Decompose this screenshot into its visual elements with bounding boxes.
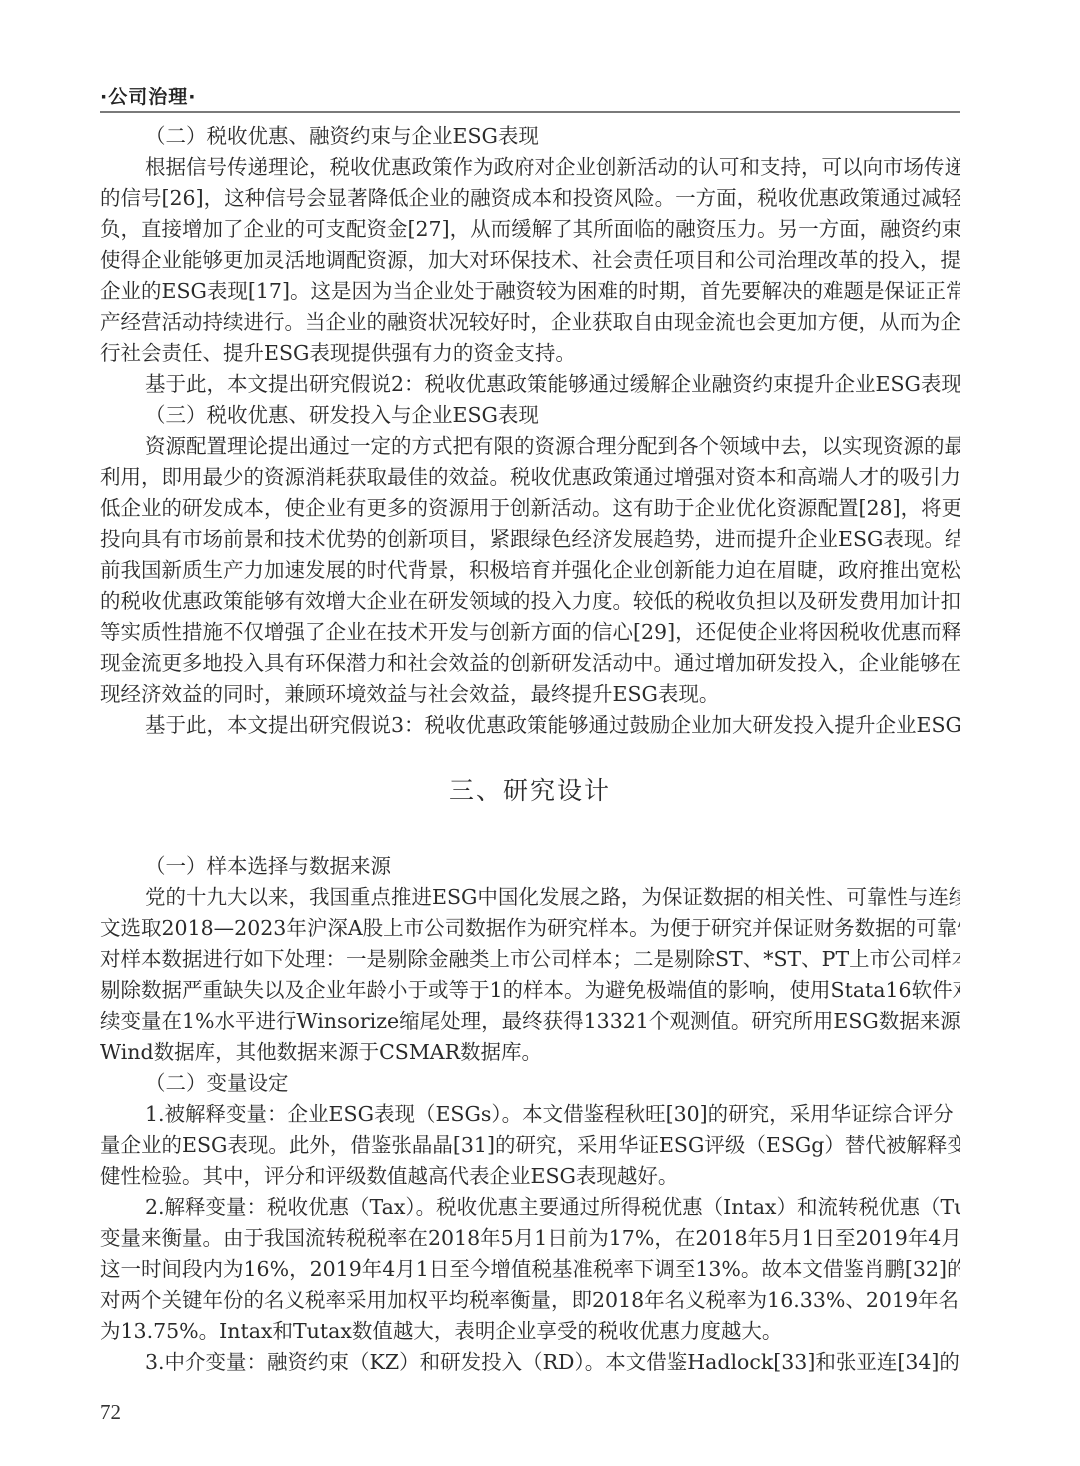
- text-line: 前我国新质生产力加速发展的时代背景，积极培育并强化企业创新能力迫在眉睫，政府推出…: [100, 555, 960, 586]
- text-line: 产经营活动持续进行。当企业的融资状况较好时，企业获取自由现金流也会更加方便，从而…: [100, 307, 960, 338]
- text-line: 变量来衡量。由于我国流转税税率在2018年5月1日前为17%，在2018年5月1…: [100, 1223, 960, 1254]
- paragraph-dependent-variable: 1.被解释变量：企业ESG表现（ESGs）。本文借鉴程秋旺[30]的研究，采用华…: [100, 1099, 960, 1192]
- header-rule: [100, 111, 960, 113]
- text-line: 企业的ESG表现[17]。这是因为当企业处于融资较为困难的时期，首先要解决的难题…: [100, 276, 960, 307]
- text-line: 低企业的研发成本，使企业有更多的资源用于创新活动。这有助于企业优化资源配置[28…: [100, 493, 960, 524]
- paragraph-sample-selection: 党的十九大以来，我国重点推进ESG中国化发展之路，为保证数据的相关性、可靠性与连…: [100, 882, 960, 1068]
- text-line: 这一时间段内为16%，2019年4月1日至今增值税基准税率下调至13%。故本文借…: [100, 1254, 960, 1285]
- subsection-heading-sample: （一）样本选择与数据来源: [100, 851, 960, 882]
- page-body: ·公司治理· （二）税收优惠、融资约束与企业ESG表现 根据信号传递理论，税收优…: [100, 84, 960, 1378]
- text-line: 量企业的ESG表现。此外，借鉴张晶晶[31]的研究，采用华证ESG评级（ESGg…: [100, 1130, 960, 1161]
- text-line: 现金流更多地投入具有环保潜力和社会效益的创新研发活动中。通过增加研发投入，企业能…: [100, 648, 960, 679]
- hypothesis-3: 基于此，本文提出研究假说3：税收优惠政策能够通过鼓励企业加大研发投入提升企业ES…: [100, 710, 960, 741]
- text-line: 根据信号传递理论，税收优惠政策作为政府对企业创新活动的认可和支持，可以向市场传递…: [100, 152, 960, 183]
- text-line: 3.中介变量：融资约束（KZ）和研发投入（RD）。本文借鉴Hadlock[33]…: [100, 1347, 960, 1378]
- text-line: 资源配置理论提出通过一定的方式把有限的资源合理分配到各个领域中去，以实现资源的最…: [100, 431, 960, 462]
- text-line: 剔除数据严重缺失以及企业年龄小于或等于1的样本。为避免极端值的影响，使用Stat…: [100, 975, 960, 1006]
- text-line: 的信号[26]，这种信号会显著降低企业的融资成本和投资风险。一方面，税收优惠政策…: [100, 183, 960, 214]
- text-line: 党的十九大以来，我国重点推进ESG中国化发展之路，为保证数据的相关性、可靠性与连…: [100, 882, 960, 913]
- text-line: 投向具有市场前景和技术优势的创新项目，紧跟绿色经济发展趋势，进而提升企业ESG表…: [100, 524, 960, 555]
- running-head: ·公司治理·: [100, 84, 960, 110]
- text-line: 行社会责任、提升ESG表现提供强有力的资金支持。: [100, 338, 960, 369]
- text-line: 文选取2018—2023年沪深A股上市公司数据作为研究样本。为便于研究并保证财务…: [100, 913, 960, 944]
- text-line: 的税收优惠政策能够有效增大企业在研发领域的投入力度。较低的税收负担以及研发费用加…: [100, 586, 960, 617]
- subsection-heading-variables: （二）变量设定: [100, 1068, 960, 1099]
- paragraph-mediating-variable: 3.中介变量：融资约束（KZ）和研发投入（RD）。本文借鉴Hadlock[33]…: [100, 1347, 960, 1378]
- text-line: 对样本数据进行如下处理：一是剔除金融类上市公司样本；二是剔除ST、*ST、PT上…: [100, 944, 960, 975]
- text-line: 等实质性措施不仅增强了企业在技术开发与创新方面的信心[29]，还促使企业将因税收…: [100, 617, 960, 648]
- text-line: 现经济效益的同时，兼顾环境效益与社会效益，最终提升ESG表现。: [100, 679, 960, 710]
- text-line: 健性检验。其中，评分和评级数值越高代表企业ESG表现越好。: [100, 1161, 960, 1192]
- subsection-heading-2: （二）税收优惠、融资约束与企业ESG表现: [100, 121, 960, 152]
- section-title: 三、研究设计: [100, 771, 960, 811]
- paragraph-explanatory-variable: 2.解释变量：税收优惠（Tax）。税收优惠主要通过所得税优惠（Intax）和流转…: [100, 1192, 960, 1347]
- page-number: 72: [100, 1400, 121, 1425]
- text-line: 为13.75%。Intax和Tutax数值越大，表明企业享受的税收优惠力度越大。: [100, 1316, 960, 1347]
- text-line: 1.被解释变量：企业ESG表现（ESGs）。本文借鉴程秋旺[30]的研究，采用华…: [100, 1099, 960, 1130]
- text-line: 负，直接增加了企业的可支配资金[27]，从而缓解了其所面临的融资压力。另一方面，…: [100, 214, 960, 245]
- paragraph-rd-investment: 资源配置理论提出通过一定的方式把有限的资源合理分配到各个领域中去，以实现资源的最…: [100, 431, 960, 710]
- text-line: 对两个关键年份的名义税率采用加权平均税率衡量，即2018年名义税率为16.33%…: [100, 1285, 960, 1316]
- text-line: 利用，即用最少的资源消耗获取最佳的效益。税收优惠政策通过增强对资本和高端人才的吸…: [100, 462, 960, 493]
- text-line: 使得企业能够更加灵活地调配资源，加大对环保技术、社会责任项目和公司治理改革的投入…: [100, 245, 960, 276]
- paragraph-financing-constraint: 根据信号传递理论，税收优惠政策作为政府对企业创新活动的认可和支持，可以向市场传递…: [100, 152, 960, 369]
- hypothesis-2: 基于此，本文提出研究假说2：税收优惠政策能够通过缓解企业融资约束提升企业ESG表…: [100, 369, 960, 400]
- text-line: 2.解释变量：税收优惠（Tax）。税收优惠主要通过所得税优惠（Intax）和流转…: [100, 1192, 960, 1223]
- text-line: Wind数据库，其他数据来源于CSMAR数据库。: [100, 1037, 960, 1068]
- text-line: 续变量在1%水平进行Winsorize缩尾处理，最终获得13321个观测值。研究…: [100, 1006, 960, 1037]
- subsection-heading-3: （三）税收优惠、研发投入与企业ESG表现: [100, 400, 960, 431]
